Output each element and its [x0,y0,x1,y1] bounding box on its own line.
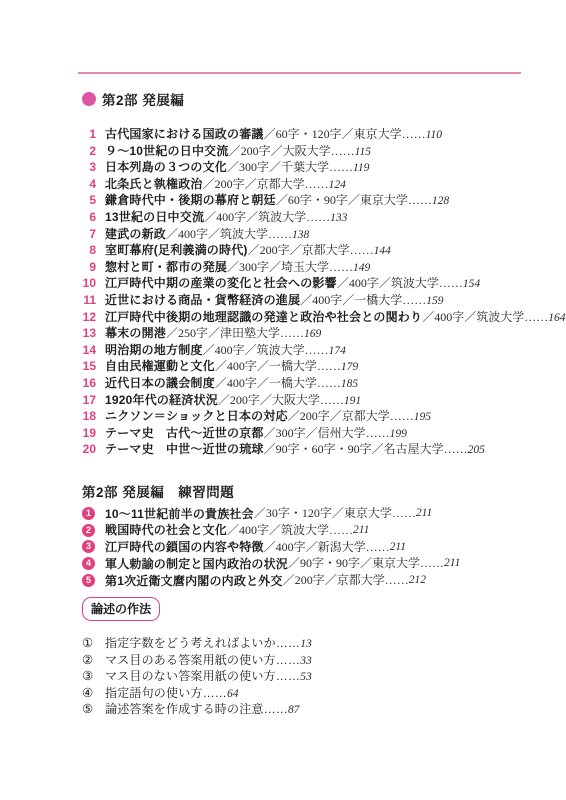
item-number: 3 [82,159,96,176]
sahou-box: 論述の作法 [82,597,160,621]
item-number-badge: 1 [82,507,95,520]
item-title: 江戸時代中後期の地理認識の発達と政治や社会との関わり [105,309,422,326]
item-page-number: 212 [409,572,426,589]
item-title: 近代日本の議会制度 [105,375,215,392]
item-number: 4 [86,559,91,568]
item-page-number: 64 [227,686,239,703]
item-detail: ／90字・90字／東京大学…… [288,555,444,572]
item-page-number: 87 [288,702,300,719]
item-detail: ／400字／一橋大学…… [215,358,341,375]
item-title: 建武の新政 [105,226,166,243]
toc-item: 14明治期の地方制度／400字／筑波大学……174 [82,342,565,359]
item-title: 北条氏と執権政治 [105,176,203,193]
item-title: ニクソン＝ショックと日本の対応 [105,408,288,425]
toc-item: 19テーマ史 古代～近世の京都／300字／信州大学……199 [82,425,565,442]
item-detail: ／300字／埼玉大学…… [227,259,353,276]
item-detail: ／200字／京都大学…… [283,572,409,589]
item-title: 第1次近衛文麿内閣の内政と外交 [105,573,283,590]
toc-item: 1古代国家における国政の審議／60字・120字／東京大学……110 [82,126,565,143]
item-number: 12 [82,309,96,326]
item-number: 10 [82,275,96,292]
sahou-item: ③マス目のない答案用紙の使い方……53 [82,668,312,685]
toc-item: 12江戸時代中後期の地理認識の発達と政治や社会との関わり／400字／筑波大学……… [82,309,565,326]
item-page-number: 124 [329,177,346,194]
item-title: 自由民権運動と文化 [105,358,215,375]
item-page-number: 128 [432,193,449,210]
item-page-number: 138 [292,227,309,244]
item-detail: ／200字／京都大学…… [288,408,414,425]
item-number: 13 [82,325,96,342]
item-page-number: 154 [463,276,480,293]
practice-item: 5第1次近衛文麿内閣の内政と外交／200字／京都大学……212 [82,572,460,589]
item-detail: ／60字・90字／東京大学…… [276,192,432,209]
item-title: 10～11世紀前半の貴族社会 [105,506,254,523]
practice-list: 110～11世紀前半の貴族社会／30字・120字／東京大学……211 2戦国時代… [82,505,460,589]
toc-item: 8室町幕府(足利義満の時代)／200字／京都大学……144 [82,242,565,259]
item-page-number: 211 [416,505,432,522]
item-title: 1920年代の経済状況 [105,392,218,409]
toc-item: 13幕末の開港／250字／津田塾大学……169 [82,325,565,342]
item-page-number: 205 [468,442,485,459]
item-title: 古代国家における国政の審議 [105,126,264,143]
toc-item: 613世紀の日中交流／400字／筑波大学……133 [82,209,565,226]
item-detail: ／400字／筑波大学…… [204,209,330,226]
item-number: 17 [82,392,96,409]
sahou-item: ④指定語句の使い方……64 [82,685,312,702]
item-page-number: 174 [329,343,346,360]
item-title: 幕末の開港 [105,325,166,342]
item-detail: ／60字・120字／東京大学…… [264,126,426,143]
item-detail: ／200字／京都大学…… [203,176,329,193]
item-title: 江戸時代中期の産業の変化と社会への影響 [105,275,337,292]
item-title: 軍人勅諭の制定と国内政治の状況 [105,556,288,573]
item-page-number: 191 [344,393,361,410]
item-detail: ／400字／筑波大学…… [166,226,292,243]
item-detail: ／400字／一橋大学…… [300,292,426,309]
item-detail: ／300字／千葉大学…… [227,159,353,176]
item-title: 指定字数をどう考えればよいか…… [105,635,300,652]
practice-item: 4軍人勅諭の制定と国内政治の状況／90字・90字／東京大学……211 [82,555,460,572]
item-detail: ／200字／京都大学…… [248,242,374,259]
practice-heading: 第2部 発展編 練習問題 [82,481,234,501]
toc-item: 171920年代の経済状況／200字／大阪大学……191 [82,392,565,409]
item-number: 2 [86,526,91,535]
item-page-number: 169 [304,326,321,343]
sahou-box-label: 論述の作法 [91,602,151,616]
circled-number-icon: ④ [82,685,97,702]
circled-number-icon: ⑤ [82,701,97,718]
item-page-number: 149 [353,260,370,277]
toc-item: 18ニクソン＝ショックと日本の対応／200字／京都大学……195 [82,408,565,425]
sahou-item: ②マス目のある答案用紙の使い方……33 [82,652,312,669]
circled-number-icon: ③ [82,668,97,685]
item-page-number: 53 [300,669,312,686]
item-detail: ／30字・120字／東京大学…… [254,505,416,522]
item-number: 3 [86,542,91,551]
item-number: 15 [82,358,96,375]
practice-item: 110～11世紀前半の貴族社会／30字・120字／東京大学……211 [82,505,460,522]
toc-item: 16近代日本の議会制度／400字／一橋大学……185 [82,375,565,392]
sahou-item: ①指定字数をどう考えればよいか……13 [82,635,312,652]
toc-item: 11近世における商品・貨幣経済の進展／400字／一橋大学……159 [82,292,565,309]
practice-item: 2戦国時代の社会と文化／400字／筑波大学……211 [82,522,460,539]
circled-number-icon: ② [82,652,97,669]
item-page-number: 133 [330,210,347,227]
part2-list: 1古代国家における国政の審議／60字・120字／東京大学……110 2９～10世… [82,126,565,458]
item-title: 惣村と町・都市の発展 [105,259,227,276]
item-detail: ／400字／筑波大学…… [337,275,463,292]
item-number: 19 [82,425,96,442]
item-page-number: 164 [548,310,565,327]
item-detail: ／400字／一橋大学…… [215,375,341,392]
toc-item: 3日本列島の３つの文化／300字／千葉大学……119 [82,159,565,176]
item-number: 5 [86,576,91,585]
part2-heading-text: 第2部 発展編 [102,89,184,109]
item-detail: ／400字／筑波大学…… [203,342,329,359]
item-detail: ／90字・60字・90字／名古屋大学…… [264,441,468,458]
toc-item: 5鎌倉時代中・後期の幕府と朝廷／60字・90字／東京大学……128 [82,192,565,209]
item-detail: ／200字／大阪大学…… [229,143,355,160]
item-page-number: 115 [355,144,371,161]
item-number: 1 [86,509,91,518]
item-page-number: 159 [426,293,443,310]
item-title: マス目のある答案用紙の使い方…… [105,652,300,669]
item-title: 戦国時代の社会と文化 [105,522,227,539]
item-detail: ／250字／津田塾大学…… [166,325,304,342]
item-number: 14 [82,342,96,359]
item-title: 指定語句の使い方…… [105,685,227,702]
item-title: 近世における商品・貨幣経済の進展 [105,292,300,309]
item-title: 明治期の地方制度 [105,342,203,359]
item-number: 16 [82,375,96,392]
item-title: 江戸時代の鎖国の内容や特徴 [105,539,264,556]
toc-item: 7建武の新政／400字／筑波大学……138 [82,226,565,243]
item-detail: ／400字／筑波大学…… [422,309,548,326]
item-number-badge: 2 [82,524,95,537]
item-page-number: 144 [374,243,391,260]
toc-item: 15自由民権運動と文化／400字／一橋大学……179 [82,358,565,375]
item-number: 8 [82,242,96,259]
item-number: 20 [82,441,96,458]
item-page-number: 211 [353,522,369,539]
item-number-badge: 5 [82,574,95,587]
section-bullet-icon [82,92,96,106]
sahou-item: ⑤論述答案を作成する時の注意……87 [82,701,312,718]
item-page-number: 185 [341,376,358,393]
item-title: テーマ史 古代～近世の京都 [105,425,264,442]
sahou-list: ①指定字数をどう考えればよいか……13 ②マス目のある答案用紙の使い方……33 … [82,635,312,718]
item-number: 9 [82,259,96,276]
toc-item: 9惣村と町・都市の発展／300字／埼玉大学……149 [82,259,565,276]
item-page-number: 179 [341,359,358,376]
item-title: 13世紀の日中交流 [105,209,204,226]
item-title: マス目のない答案用紙の使い方…… [105,668,300,685]
item-number: 1 [82,126,96,143]
item-page-number: 211 [444,555,460,572]
item-number-badge: 4 [82,557,95,570]
item-number: 6 [82,209,96,226]
practice-item: 3江戸時代の鎖国の内容や特徴／400字／新潟大学……211 [82,539,460,556]
toc-item: 20テーマ史 中世～近世の琉球／90字・60字・90字／名古屋大学……205 [82,441,565,458]
item-number: 4 [82,176,96,193]
item-page-number: 211 [390,539,406,556]
toc-item: 4北条氏と執権政治／200字／京都大学……124 [82,176,565,193]
item-number: 7 [82,226,96,243]
item-detail: ／300字／信州大学…… [264,425,390,442]
item-title: 鎌倉時代中・後期の幕府と朝廷 [105,192,276,209]
item-detail: ／400字／筑波大学…… [227,522,353,539]
item-detail: ／200字／大阪大学…… [218,392,344,409]
item-number: 11 [82,292,96,309]
item-number: 5 [82,192,96,209]
item-page-number: 33 [300,653,312,670]
item-page-number: 119 [353,160,369,177]
circled-number-icon: ① [82,635,97,652]
item-number-badge: 3 [82,540,95,553]
item-page-number: 195 [414,409,431,426]
item-page-number: 199 [390,426,407,443]
item-page-number: 13 [300,636,312,653]
item-title: 日本列島の３つの文化 [105,159,227,176]
toc-item: 2９～10世紀の日中交流／200字／大阪大学……115 [82,143,565,160]
item-title: ９～10世紀の日中交流 [105,143,229,160]
toc-item: 10江戸時代中期の産業の変化と社会への影響／400字／筑波大学……154 [82,275,565,292]
item-page-number: 110 [426,127,442,144]
item-title: 論述答案を作成する時の注意…… [105,701,288,718]
item-number: 18 [82,408,96,425]
part2-heading: 第2部 発展編 [82,89,184,109]
divider-line [78,72,521,74]
item-title: テーマ史 中世～近世の琉球 [105,441,264,458]
item-number: 2 [82,143,96,160]
item-title: 室町幕府(足利義満の時代) [105,242,248,259]
toc-page: 第2部 発展編 1古代国家における国政の審議／60字・120字／東京大学……11… [0,0,566,800]
item-detail: ／400字／新潟大学…… [264,539,390,556]
